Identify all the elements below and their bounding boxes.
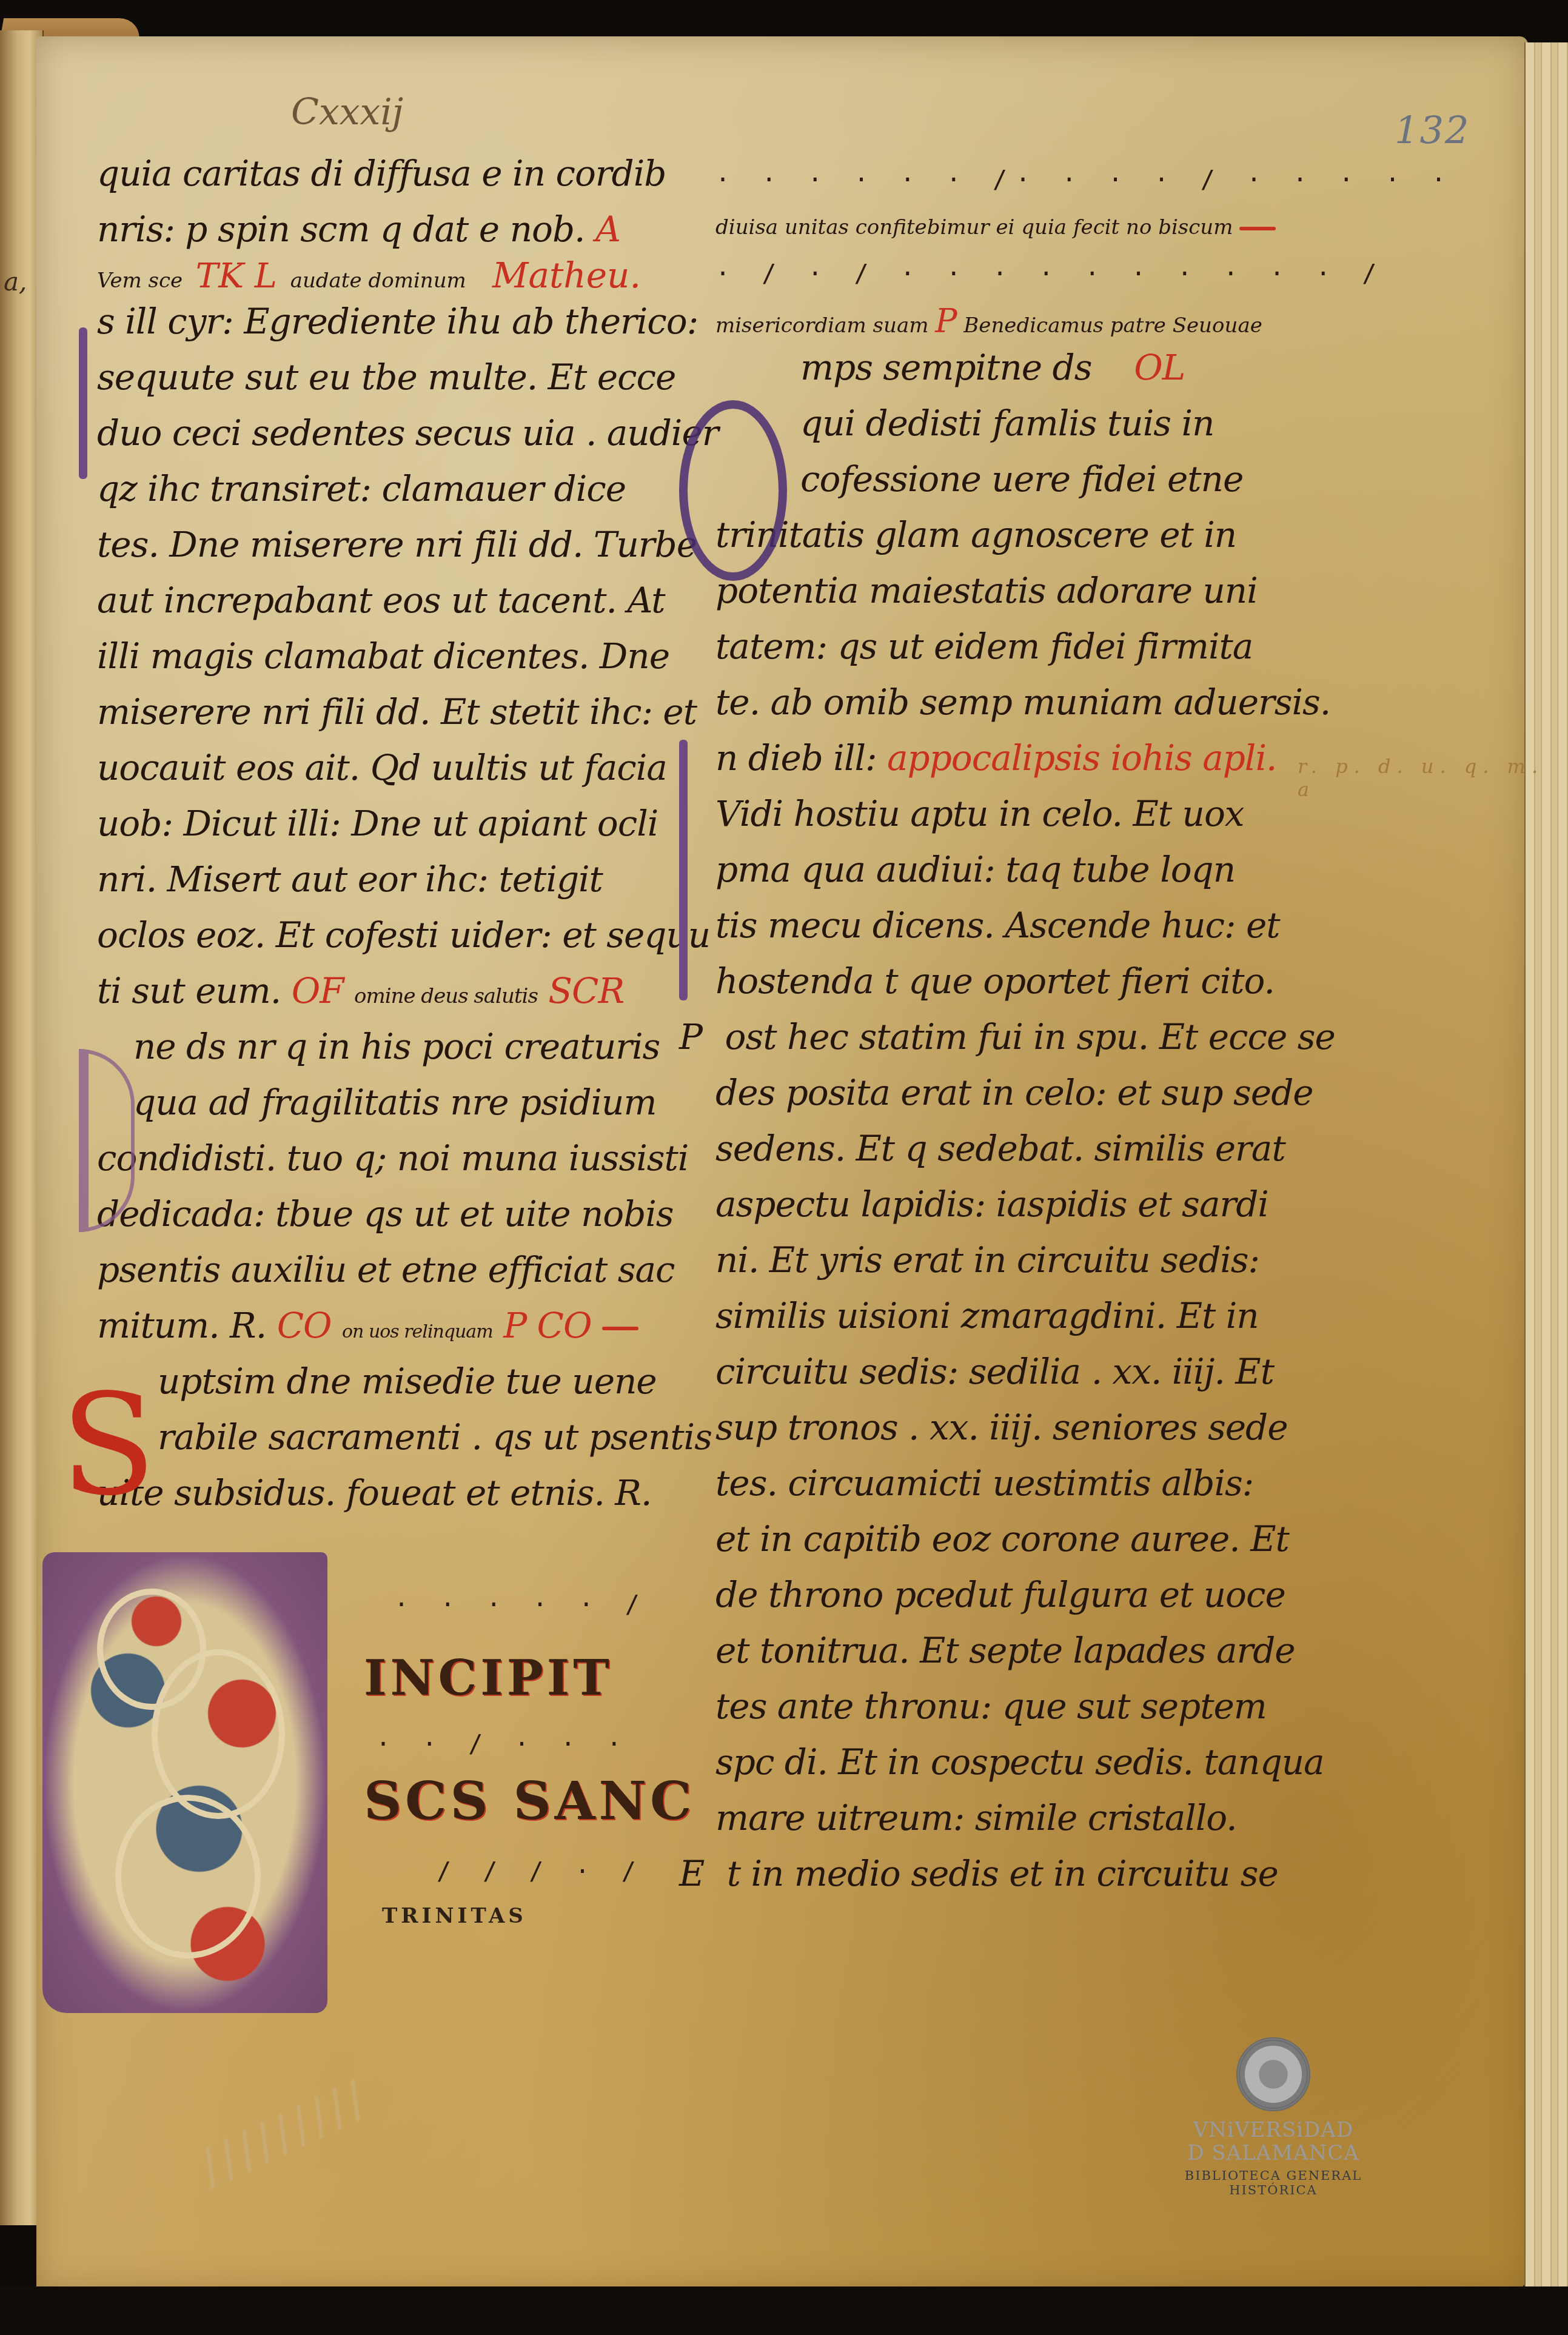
text-line: aspectu lapidis: iaspidis et sardi	[715, 1176, 1285, 1232]
text-line: mare uitreum: simile cristallo.	[715, 1790, 1285, 1846]
chant-text: Benedicamus patre Seuouae	[963, 313, 1262, 338]
initial-bracket	[679, 740, 688, 1000]
verse-marker: P	[679, 1016, 702, 1057]
communion-marker: CO	[277, 1305, 332, 1346]
text-line: tis mecu dicens. Ascende huc: et	[715, 897, 1285, 953]
decorated-initial-d	[79, 1049, 135, 1232]
library-watermark: VNiVERSiDAD D SALAMANCA BIBLIOTECA GENER…	[1146, 2037, 1401, 2197]
text-line: condidisti. tuo q; noi muna iussisti	[97, 1130, 655, 1186]
text-line: nri. Misert aut eor ihc: tetigit	[97, 851, 655, 907]
text-line: duo ceci sedentes secus uia . audier	[97, 405, 655, 461]
chant-incipit-line: Vem sce TK L audate dominum Matheu.	[97, 257, 655, 293]
chant-text: diuisa unitas confitebimur ei quia fecit…	[715, 215, 1233, 240]
text-line: psentis auxiliu et etne efficiat sac	[97, 1242, 655, 1298]
decorated-initial-s: S	[61, 1376, 156, 1516]
text-line: hostenda t que oportet fieri cito.	[715, 953, 1285, 1009]
text-segment: nris: p spin scm q dat e nob.	[97, 209, 585, 250]
text-line: de throno pcedut fulgura et uoce	[715, 1567, 1285, 1623]
text-line: cofessione uere fidei etne	[715, 451, 1285, 507]
text-segment: n dieb ill:	[715, 737, 877, 779]
illuminated-initial	[42, 1552, 327, 2013]
rubric-flourish	[602, 1327, 638, 1330]
neume-row: · / · / · · · · · · · · · · /	[715, 246, 1285, 303]
text-line: sup tronos . xx. iiij. seniores sede	[715, 1399, 1285, 1455]
text-line: tes ante thronu: que sut septem	[715, 1678, 1285, 1734]
text-line: circuitu sedis: sedilia . xx. iiij. Et	[715, 1344, 1285, 1399]
neume-row: · · · · · /	[394, 1576, 648, 1634]
interlace-knot	[115, 1795, 261, 1958]
offertory-incipit: omine deus salutis	[354, 984, 538, 1008]
left-column: quia caritas di diffusa e in cordib nris…	[97, 146, 655, 1521]
text-segment: mitum. R.	[97, 1305, 266, 1346]
text-line: illi magis clamabat dicentes. Dne	[97, 628, 655, 684]
text-line: qui dedisti famlis tuis in	[715, 395, 1285, 451]
stamp-line-2: D SALAMANCA	[1146, 2142, 1401, 2165]
incipit-label: Vem sce	[97, 269, 183, 293]
text-line: Vidi hostiu aptu in celo. Et uox	[715, 786, 1285, 842]
text-line: nris: p spin scm q dat e nob. A	[97, 201, 655, 257]
text-line: rabile sacramenti . qs ut psentis	[97, 1409, 655, 1465]
text-segment: mps sempitne ds	[800, 347, 1091, 388]
stamp-line-1: VNiVERSiDAD	[1146, 2119, 1401, 2142]
stamp-line-3: BIBLIOTECA GENERAL HISTÓRICA	[1146, 2168, 1401, 2197]
text-line: te. ab omib semp muniam aduersis.	[715, 674, 1285, 730]
text-line: similis uisioni zmaragdini. Et in	[715, 1288, 1285, 1344]
gospel-heading: Matheu.	[492, 255, 641, 296]
background-shadow	[0, 2286, 1568, 2335]
text-line: aut increpabant eos ut tacent. At	[97, 572, 655, 628]
text-line: des posita erat in celo: et sup sede	[715, 1065, 1285, 1121]
laudate-incipit: audate dominum	[290, 269, 466, 293]
university-seal-icon	[1236, 2037, 1310, 2111]
text-segment: ost hec statim fui in spu. Et ecce se	[725, 1016, 1335, 1057]
facing-page-fragment: a,	[4, 267, 27, 296]
text-segment: t in medio sedis et in circuitu se	[727, 1853, 1278, 1894]
text-line: et tonitrua. Et septe lapades arde	[715, 1623, 1285, 1678]
text-line: potentia maiestatis adorare uni	[715, 563, 1285, 618]
text-line: pma qua audiui: taq tube loqn	[715, 842, 1285, 897]
text-line: E t in medio sedis et in circuitu se	[715, 1846, 1285, 1901]
text-line: mps sempitne ds OL	[715, 340, 1285, 395]
interlace-knot	[152, 1649, 285, 1819]
display-capitals: SCS SANC	[364, 1771, 695, 1832]
decorated-initial-o	[679, 400, 787, 581]
text-line: P ost hec statim fui in spu. Et ecce se	[715, 1009, 1285, 1065]
text-line: quia caritas di diffusa e in cordib	[97, 146, 655, 201]
text-line: mitum. R. CO on uos relinquam P CO	[97, 1298, 655, 1353]
text-line: qua ad fragilitatis nre psidium	[97, 1074, 655, 1130]
text-line: ti sut eum. OF omine deus salutis SCR	[97, 963, 655, 1019]
text-line: ne ds nr q in his poci creaturis	[97, 1019, 655, 1074]
rubric-flourish	[1239, 227, 1276, 230]
initial-bracket	[79, 327, 87, 479]
text-segment: ti sut eum.	[97, 970, 281, 1011]
running-head: Cxxxij	[291, 91, 403, 133]
text-line: tatem: qs ut eidem fidei firmita	[715, 618, 1285, 674]
neume-row: / / / · /	[437, 1843, 645, 1901]
text-line: tes. Dne miserere nri fili dd. Turbe	[97, 517, 655, 572]
chant-text-line: misericordiam suam P Benedicamus patre S…	[715, 303, 1285, 340]
text-line: trinitatis glam agnoscere et in	[715, 507, 1285, 563]
text-line: miserere nri fili dd. Et stetit ihc: et	[97, 684, 655, 740]
text-line: qz ihc transiret: clamauer dice	[97, 461, 655, 517]
verse-marker: E	[679, 1853, 704, 1894]
right-column: · · · · · · /· · · · / · · · · · diuisa …	[715, 152, 1285, 1901]
text-line: tes. circuamicti uestimtis albis:	[715, 1455, 1285, 1511]
neume-row: · · / · · ·	[376, 1716, 630, 1774]
communion-incipit: on uos relinquam	[342, 1321, 493, 1342]
benedicamus-marker: P	[935, 302, 957, 340]
neume-row: · · · · · · /· · · · / · · · · ·	[715, 152, 1285, 209]
text-line: n dieb ill: appocalipsis iohis apli.	[715, 730, 1285, 786]
display-capitals: INCIPIT	[364, 1649, 613, 1706]
antiphon-marker: A	[595, 209, 620, 250]
collect-marker: OL	[1134, 347, 1185, 388]
offertory-marker: OF	[292, 970, 344, 1011]
folio-number: 132	[1395, 108, 1470, 152]
text-line: dedicada: tbue qs ut et uite nobis	[97, 1186, 655, 1242]
text-line: ni. Et yris erat in circuitu sedis:	[715, 1232, 1285, 1288]
text-line: sequute sut eu tbe multe. Et ecce	[97, 349, 655, 405]
display-capitals-small: TRINITAS	[382, 1904, 527, 1928]
text-line: uite subsidus. foueat et etnis. R.	[97, 1465, 655, 1521]
text-line: sedens. Et q sedebat. similis erat	[715, 1121, 1285, 1176]
text-line: uob: Dicut illi: Dne ut apiant ocli	[97, 796, 655, 851]
psalm-tone-marker: TK L	[196, 256, 277, 296]
text-line: uocauit eos ait. Qd uultis ut facia	[97, 740, 655, 796]
postcommunion-marker: P CO	[503, 1305, 591, 1346]
marginal-annotation: r. p. d. u. q. m. a	[1298, 755, 1568, 801]
text-line: s ill cyr: Egrediente ihu ab therico:	[97, 293, 655, 349]
text-line: spc di. Et in cospectu sedis. tanqua	[715, 1734, 1285, 1790]
text-line: et in capitib eoz corone auree. Et	[715, 1511, 1285, 1567]
page-edges	[1524, 42, 1568, 2298]
text-line: oclos eoz. Et cofesti uider: et sequu	[97, 907, 655, 963]
chant-text: misericordiam suam	[715, 313, 928, 338]
secreta-marker: SCR	[548, 970, 624, 1011]
lesson-heading: appocalipsis iohis apli.	[887, 737, 1276, 779]
chant-text-line: diuisa unitas confitebimur ei quia fecit…	[715, 209, 1285, 246]
text-line: uptsim dne misedie tue uene	[97, 1353, 655, 1409]
